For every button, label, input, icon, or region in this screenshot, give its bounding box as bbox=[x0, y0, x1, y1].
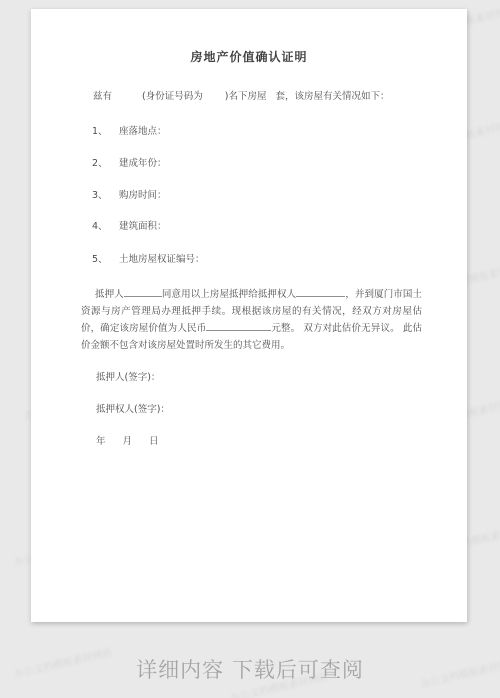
intro-part4: 套，该房屋有关情况如下： bbox=[275, 91, 389, 102]
item-label: 座落地点： bbox=[119, 126, 167, 137]
blank-line bbox=[124, 286, 162, 297]
item-label: 建成年份： bbox=[119, 158, 167, 169]
item-number: 4、 bbox=[92, 218, 119, 232]
para-seg2: 同意用以上房屋抵押给抵押权人 bbox=[162, 289, 296, 300]
body-paragraph: 抵押人同意用以上房屋抵押给抵押权人，并到厦门市国土资源与房产管理局办理抵押手续。… bbox=[81, 286, 422, 354]
intro-part2: (身份证号码为 bbox=[142, 91, 203, 102]
para-seg1: 抵押人 bbox=[95, 289, 124, 300]
item-label: 购房时间： bbox=[119, 190, 167, 201]
document-page: 房地产价值确认证明 兹有(身份证号码为)名下房屋套，该房屋有关情况如下： 1、座… bbox=[31, 9, 467, 622]
date-line: 年月日 bbox=[96, 433, 176, 447]
list-item: 1、座落地点： bbox=[92, 123, 423, 137]
item-number: 1、 bbox=[92, 123, 119, 137]
document-title: 房地产价值确认证明 bbox=[31, 48, 467, 65]
mortgagor-signature-line: 抵押人(签字)： bbox=[96, 369, 160, 383]
date-day-label: 日 bbox=[149, 433, 159, 447]
list-item: 2、建成年份： bbox=[92, 155, 423, 169]
blank-line bbox=[296, 286, 345, 297]
intro-part1: 兹有 bbox=[93, 91, 112, 102]
blank-line bbox=[206, 320, 271, 331]
item-label: 建筑面积： bbox=[119, 221, 167, 232]
item-number: 5、 bbox=[92, 251, 119, 265]
item-number: 3、 bbox=[92, 187, 119, 201]
item-label: 土地房屋权证编号： bbox=[119, 254, 205, 265]
mortgagee-signature-line: 抵押权人(签字)： bbox=[96, 401, 170, 415]
item-number: 2、 bbox=[92, 155, 119, 169]
intro-line: 兹有(身份证号码为)名下房屋套，该房屋有关情况如下： bbox=[93, 88, 427, 102]
preview-background: 办公文档模板素材网站 办公文档模板素材网站 办公文档模板素材网站 办公文档模板素… bbox=[0, 0, 500, 698]
list-item: 3、购房时间： bbox=[92, 187, 423, 201]
intro-part3: )名下房屋 bbox=[225, 91, 267, 102]
list-item: 5、土地房屋权证编号： bbox=[92, 251, 423, 265]
date-month-label: 月 bbox=[123, 433, 133, 447]
date-year-label: 年 bbox=[96, 433, 106, 447]
list-item: 4、建筑面积： bbox=[92, 218, 423, 232]
download-hint-caption: 详细内容 下载后可查阅 bbox=[0, 654, 500, 684]
